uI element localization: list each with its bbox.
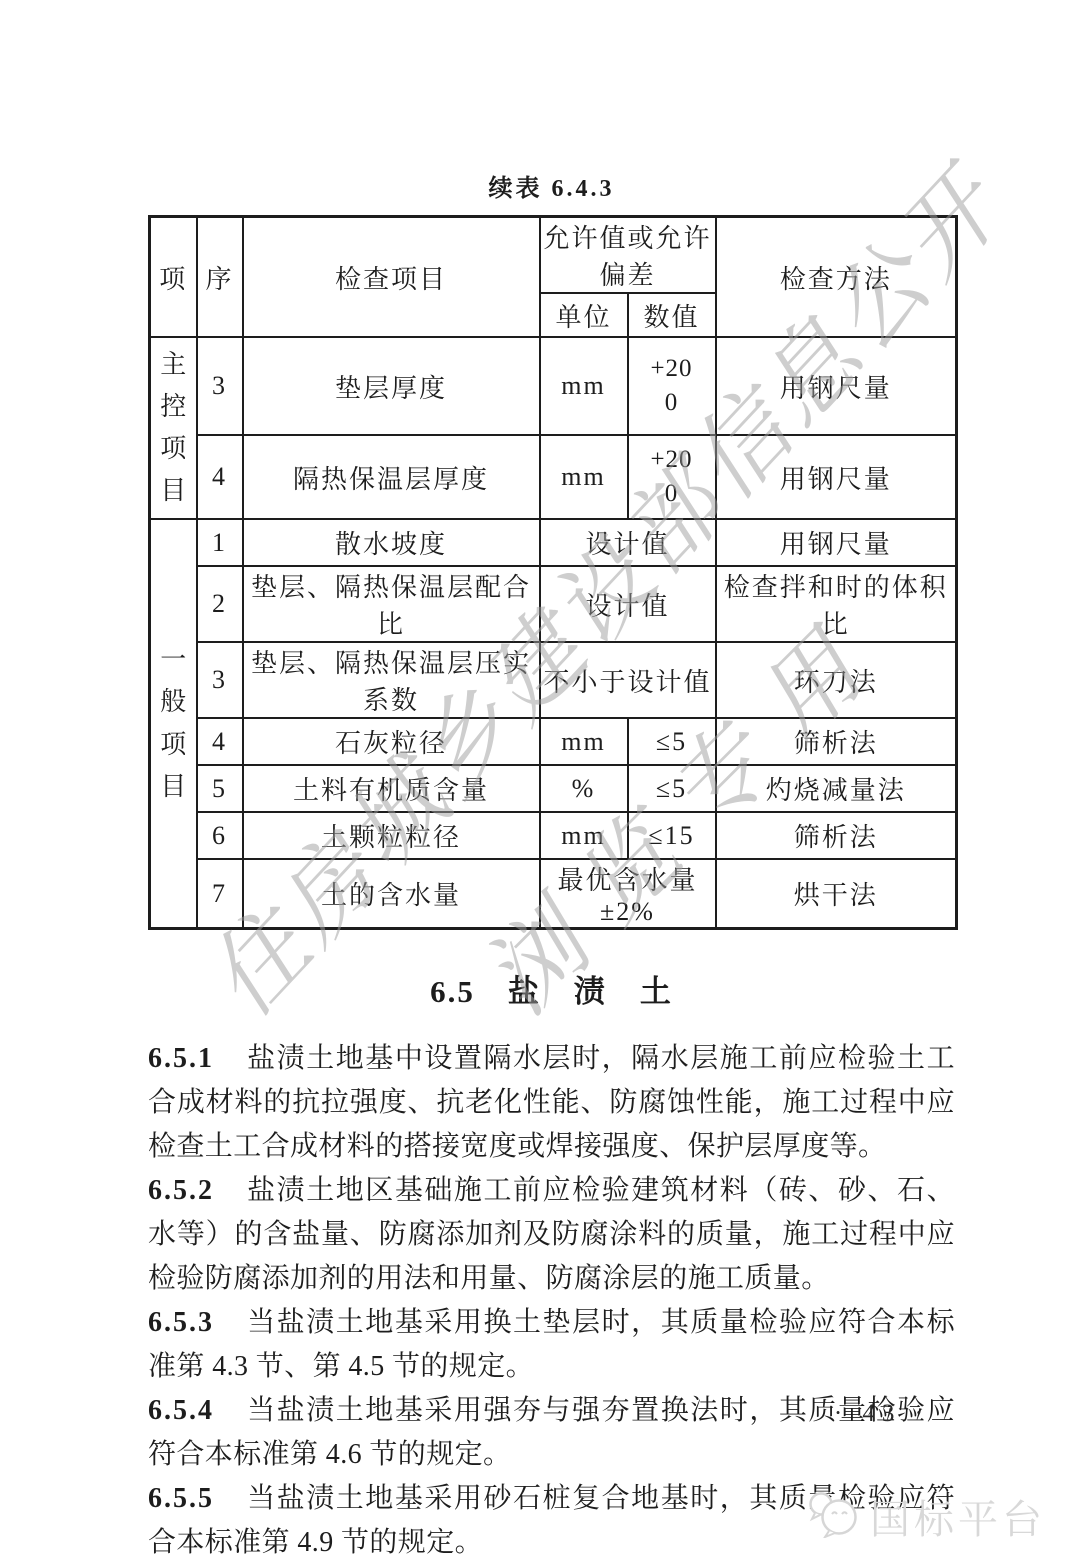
cell-method: 灼烧减量法 [716,765,957,812]
section-heading: 6.5 盐 渍 土 [148,966,955,1011]
cell-method: 用钢尺量 [716,519,957,566]
cell-allowed: 设计值 [540,519,716,566]
clause-number: 6.5.5 [148,1483,214,1514]
tolerance-upper: +20 [629,443,715,477]
cell-tolerance: +20 0 [628,337,716,435]
cell-unit: % [540,765,628,812]
clause-number: 6.5.4 [148,1395,214,1426]
header-item: 项 [150,217,197,338]
table-row: 4 石灰粒径 mm ≤5 筛析法 [150,718,957,765]
header-method: 检查方法 [716,217,957,338]
clause-6-5-2: 6.5.2盐渍土地区基础施工前应检验建筑材料（砖、砂、石、水等）的含盐量、防腐添… [148,1169,955,1301]
cell-method: 筛析法 [716,718,957,765]
group-label-general: 一般项目 [150,519,197,929]
cell-allowed: 最优含水量±2% [540,859,716,929]
document-page: 住房城乡建设部信息公开 浏览专用 续表 6.4.3 项 序 检查项目 允许值或允… [0,0,1080,1566]
cell-method: 环刀法 [716,642,957,718]
cell-item: 垫层、隔热保温层配合比 [243,566,540,642]
cell-item: 散水坡度 [243,519,540,566]
cell-allowed: 不小于设计值 [540,642,716,718]
cell-item: 土颗粒粒径 [243,812,540,859]
cell-value: ≤5 [628,718,716,765]
table-row: 主控项目 3 垫层厚度 mm +20 0 用钢尺量 [150,337,957,435]
page-content: 续表 6.4.3 项 序 检查项目 允许值或允许偏差 检查方法 单位 数值 [0,0,1080,1565]
clause-6-5-3: 6.5.3当盐渍土地基采用换土垫层时，其质量检验应符合本标准第 4.3 节、第 … [148,1301,955,1389]
cell-item: 垫层、隔热保温层压实系数 [243,642,540,718]
clause-text: 盐渍土地区基础施工前应检验建筑材料（砖、砂、石、水等）的含盐量、防腐添加剂及防腐… [148,1175,955,1294]
footer-logo-text: 国标平台 [870,1488,1046,1545]
cell-method: 筛析法 [716,812,957,859]
cell-item: 隔热保温层厚度 [243,435,540,519]
cell-method: 用钢尺量 [716,337,957,435]
group-label-main-control: 主控项目 [150,337,197,519]
cell-seq: 5 [197,765,243,812]
cell-item: 土料有机质含量 [243,765,540,812]
table-title: 续表 6.4.3 [148,168,955,203]
cell-seq: 4 [197,435,243,519]
cell-unit: mm [540,435,628,519]
table-row: 4 隔热保温层厚度 mm +20 0 用钢尺量 [150,435,957,519]
clause-6-5-1: 6.5.1盐渍土地基中设置隔水层时，隔水层施工前应检验土工合成材料的抗拉强度、抗… [148,1037,955,1169]
chat-bubbles-icon [806,1490,860,1543]
tolerance-upper: +20 [629,352,715,386]
cell-seq: 7 [197,859,243,929]
cell-value: ≤5 [628,765,716,812]
table-header-row-1: 项 序 检查项目 允许值或允许偏差 检查方法 [150,217,957,294]
cell-item: 垫层厚度 [243,337,540,435]
footer-logo: 国标平台 [806,1488,1046,1545]
cell-tolerance: +20 0 [628,435,716,519]
clause-number: 6.5.1 [148,1043,214,1074]
tolerance-lower: 0 [629,477,715,511]
tolerance-lower: 0 [629,386,715,420]
cell-seq: 3 [197,642,243,718]
table-row: 一般项目 1 散水坡度 设计值 用钢尺量 [150,519,957,566]
clause-number: 6.5.2 [148,1175,214,1206]
cell-seq: 1 [197,519,243,566]
cell-value: ≤15 [628,812,716,859]
cell-method: 用钢尺量 [716,435,957,519]
header-value: 数值 [628,293,716,337]
cell-method: 烘干法 [716,859,957,929]
table-row: 5 土料有机质含量 % ≤5 灼烧减量法 [150,765,957,812]
cell-method: 检查拌和时的体积比 [716,566,957,642]
table-row: 2 垫层、隔热保温层配合比 设计值 检查拌和时的体积比 [150,566,957,642]
cell-unit: mm [540,337,628,435]
cell-item: 土的含水量 [243,859,540,929]
cell-seq: 4 [197,718,243,765]
table-row: 7 土的含水量 最优含水量±2% 烘干法 [150,859,957,929]
clause-text: 盐渍土地基中设置隔水层时，隔水层施工前应检验土工合成材料的抗拉强度、抗老化性能、… [148,1043,955,1162]
cell-allowed: 设计值 [540,566,716,642]
cell-seq: 6 [197,812,243,859]
cell-seq: 3 [197,337,243,435]
header-inspection-item: 检查项目 [243,217,540,338]
cell-unit: mm [540,718,628,765]
header-allowed: 允许值或允许偏差 [540,217,716,294]
inspection-table: 项 序 检查项目 允许值或允许偏差 检查方法 单位 数值 主控项目 3 垫层厚度… [148,215,958,930]
clause-text: 当盐渍土地基采用换土垫层时，其质量检验应符合本标准第 4.3 节、第 4.5 节… [148,1307,955,1382]
header-unit: 单位 [540,293,628,337]
table-row: 6 土颗粒粒径 mm ≤15 筛析法 [150,812,957,859]
cell-seq: 2 [197,566,243,642]
cell-item: 石灰粒径 [243,718,540,765]
cell-unit: mm [540,812,628,859]
header-seq: 序 [197,217,243,338]
table-row: 3 垫层、隔热保温层压实系数 不小于设计值 环刀法 [150,642,957,718]
clause-number: 6.5.3 [148,1307,214,1338]
page-number: · 43 · [834,1400,930,1428]
